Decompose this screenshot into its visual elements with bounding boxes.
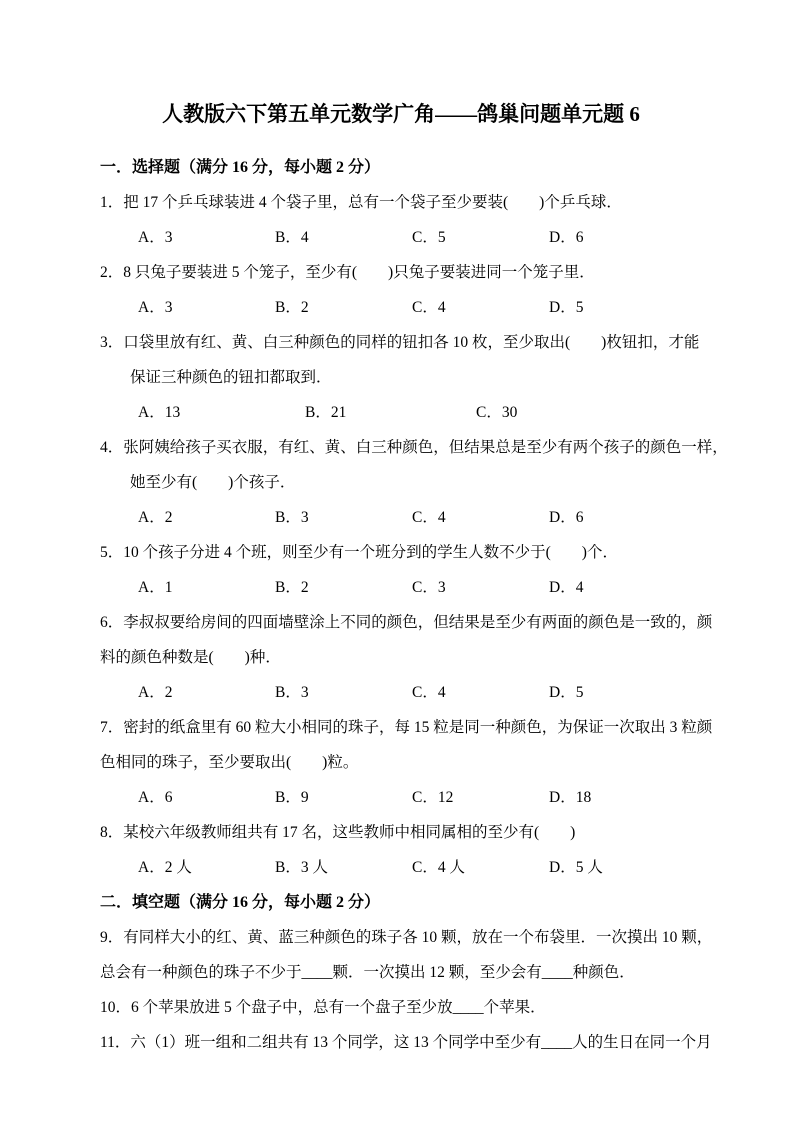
option-b: B．4 <box>275 220 309 255</box>
options-row: A．2B．3C．4D．5 <box>100 675 702 710</box>
option-c: C．30 <box>476 395 517 430</box>
option-d: D．5 <box>549 675 583 710</box>
option-b: B．21 <box>305 395 346 430</box>
question-line: 4．张阿姨给孩子买衣服，有红、黄、白三种颜色，但结果总是至少有两个孩子的颜色一样… <box>100 430 702 465</box>
options-row: A．1B．2C．3D．4 <box>100 570 702 605</box>
option-d: D．6 <box>549 220 583 255</box>
question: 2．8 只兔子要装进 5 个笼子，至少有( )只兔子要装进同一个笼子里．A．3B… <box>100 255 702 325</box>
option-c: C．12 <box>412 780 453 815</box>
option-a: A．2 人 <box>138 850 192 885</box>
section-heading: 一．选择题（满分 16 分，每小题 2 分） <box>100 150 702 185</box>
option-c: C．4 <box>412 290 446 325</box>
options-row: A．3B．4C．5D．6 <box>100 220 702 255</box>
question-line: 2．8 只兔子要装进 5 个笼子，至少有( )只兔子要装进同一个笼子里． <box>100 255 702 290</box>
question-line: 10．6 个苹果放进 5 个盘子中，总有一个盘子至少放____个苹果． <box>100 990 702 1025</box>
option-c: C．4 <box>412 500 446 535</box>
page-title: 人教版六下第五单元数学广角——鸽巢问题单元题 6 <box>100 100 702 128</box>
options-row: A．3B．2C．4D．5 <box>100 290 702 325</box>
option-a: A．6 <box>138 780 172 815</box>
option-c: C．3 <box>412 570 446 605</box>
question: 5．10 个孩子分进 4 个班，则至少有一个班分到的学生人数不少于( )个．A．… <box>100 535 702 605</box>
question: 7．密封的纸盒里有 60 粒大小相同的珠子，每 15 粒是同一种颜色，为保证一次… <box>100 710 702 815</box>
option-a: A．2 <box>138 675 172 710</box>
option-b: B．3 人 <box>275 850 328 885</box>
question-line: 7．密封的纸盒里有 60 粒大小相同的珠子，每 15 粒是同一种颜色，为保证一次… <box>100 710 702 745</box>
question: 3．口袋里放有红、黄、白三种颜色的同样的钮扣各 10 枚，至少取出( )枚钮扣，… <box>100 325 702 430</box>
options-row: A．2 人B．3 人C．4 人D．5 人 <box>100 850 702 885</box>
option-a: A．13 <box>138 395 180 430</box>
question-line: 她至少有( )个孩子． <box>100 465 702 500</box>
option-c: C．4 <box>412 675 446 710</box>
question-line: 料的颜色种数是( )种． <box>100 640 702 675</box>
option-b: B．2 <box>275 570 309 605</box>
option-d: D．6 <box>549 500 583 535</box>
option-d: D．18 <box>549 780 591 815</box>
worksheet-page: 人教版六下第五单元数学广角——鸽巢问题单元题 6 一．选择题（满分 16 分，每… <box>0 0 794 1123</box>
question: 4．张阿姨给孩子买衣服，有红、黄、白三种颜色，但结果总是至少有两个孩子的颜色一样… <box>100 430 702 535</box>
option-a: A．3 <box>138 290 172 325</box>
option-b: B．3 <box>275 675 309 710</box>
question-line: 3．口袋里放有红、黄、白三种颜色的同样的钮扣各 10 枚，至少取出( )枚钮扣，… <box>100 325 702 360</box>
option-c: C．4 人 <box>412 850 465 885</box>
option-a: A．1 <box>138 570 172 605</box>
option-d: D．5 人 <box>549 850 603 885</box>
options-row: A．6B．9C．12D．18 <box>100 780 702 815</box>
question-line: 5．10 个孩子分进 4 个班，则至少有一个班分到的学生人数不少于( )个． <box>100 535 702 570</box>
question: 1．把 17 个乒乓球装进 4 个袋子里，总有一个袋子至少要装( )个乒乓球．A… <box>100 185 702 255</box>
option-a: A．2 <box>138 500 172 535</box>
options-row: A．2B．3C．4D．6 <box>100 500 702 535</box>
question: 9．有同样大小的红、黄、蓝三种颜色的珠子各 10 颗，放在一个布袋里．一次摸出 … <box>100 920 702 990</box>
question: 10．6 个苹果放进 5 个盘子中，总有一个盘子至少放____个苹果． <box>100 990 702 1025</box>
option-c: C．5 <box>412 220 446 255</box>
worksheet-content: 一．选择题（满分 16 分，每小题 2 分）1．把 17 个乒乓球装进 4 个袋… <box>100 150 702 1060</box>
question-line: 11．六（1）班一组和二组共有 13 个同学，这 13 个同学中至少有____人… <box>100 1025 702 1060</box>
section-heading: 二．填空题（满分 16 分，每小题 2 分） <box>100 885 702 920</box>
question: 8．某校六年级教师组共有 17 名，这些教师中相同属相的至少有( )A．2 人B… <box>100 815 702 885</box>
options-row: A．13B．21C．30 <box>100 395 702 430</box>
question-line: 1．把 17 个乒乓球装进 4 个袋子里，总有一个袋子至少要装( )个乒乓球． <box>100 185 702 220</box>
question: 6．李叔叔要给房间的四面墙壁涂上不同的颜色，但结果是至少有两面的颜色是一致的，颜… <box>100 605 702 710</box>
question-line: 保证三种颜色的钮扣都取到． <box>100 360 702 395</box>
question-line: 总会有一种颜色的珠子不少于____颗．一次摸出 12 颗，至少会有____种颜色… <box>100 955 702 990</box>
option-d: D．4 <box>549 570 583 605</box>
question-line: 6．李叔叔要给房间的四面墙壁涂上不同的颜色，但结果是至少有两面的颜色是一致的，颜 <box>100 605 702 640</box>
option-d: D．5 <box>549 290 583 325</box>
option-b: B．3 <box>275 500 309 535</box>
option-a: A．3 <box>138 220 172 255</box>
question: 11．六（1）班一组和二组共有 13 个同学，这 13 个同学中至少有____人… <box>100 1025 702 1060</box>
option-b: B．2 <box>275 290 309 325</box>
question-line: 9．有同样大小的红、黄、蓝三种颜色的珠子各 10 颗，放在一个布袋里．一次摸出 … <box>100 920 702 955</box>
question-line: 色相同的珠子，至少要取出( )粒。 <box>100 745 702 780</box>
option-b: B．9 <box>275 780 309 815</box>
question-line: 8．某校六年级教师组共有 17 名，这些教师中相同属相的至少有( ) <box>100 815 702 850</box>
